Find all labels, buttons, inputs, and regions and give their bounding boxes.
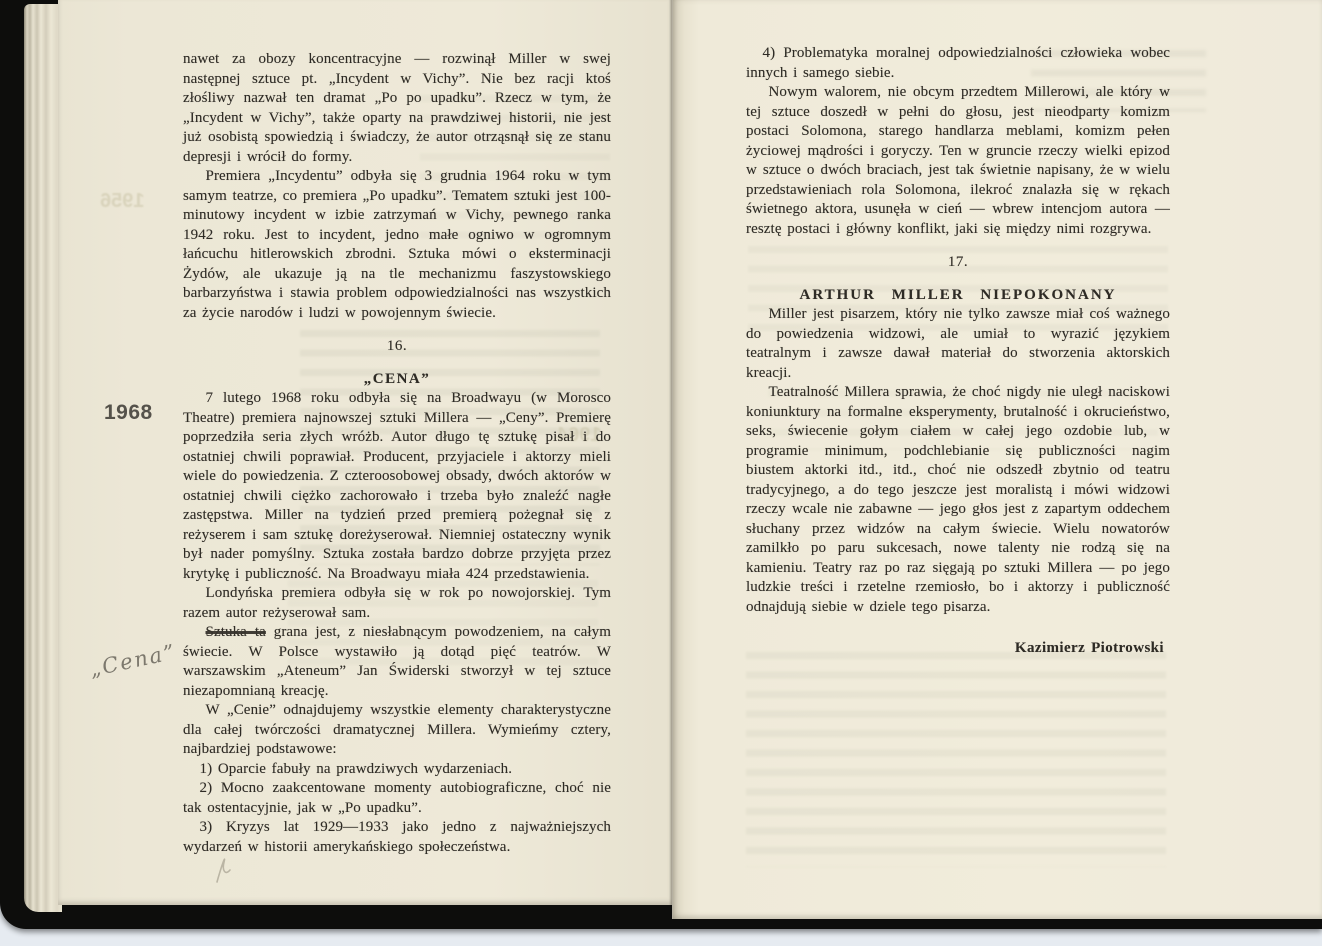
paragraph: nawet za obozy koncentracyjne — rozwinął… [183, 50, 611, 167]
left-page-text-column: nawet za obozy koncentracyjne — rozwinął… [183, 50, 611, 857]
left-page: 1956 1964 1968 „Cena” nawet za obozy kon… [58, 0, 672, 905]
paragraph: W „Cenie” odnajdujemy wszystkie elementy… [183, 701, 611, 760]
paragraph: Nowym walorem, nie obcym przedtem Miller… [746, 83, 1170, 239]
paragraph: 7 lutego 1968 roku odbyła się na Broadwa… [183, 389, 611, 584]
author-signature: Kazimierz Piotrowski [746, 639, 1170, 659]
struck-text: Sztuka ta [206, 624, 266, 640]
section-title: ARTHUR MILLER NIEPOKONANY [746, 286, 1170, 306]
list-item: 4) Problematyka moralnej odpowiedzialnoś… [746, 44, 1170, 83]
right-page-text-column: 4) Problematyka moralnej odpowiedzialnoś… [746, 44, 1170, 659]
paragraph: Teatralność Millera sprawia, że choć nig… [746, 383, 1170, 617]
paragraph: Miller jest pisarzem, który nie tylko za… [746, 305, 1170, 383]
list-item: 1) Oparcie fabuły na prawdziwych wydarze… [183, 760, 611, 780]
show-through-year: 1956 [100, 190, 145, 213]
section-number: 17. [746, 253, 1170, 273]
paragraph: Londyńska premiera odbyła się w rok po n… [183, 584, 611, 623]
paragraph: Premiera „Incydentu” odbyła się 3 grudni… [183, 167, 611, 323]
book-scan-stage: 1956 1964 1968 „Cena” nawet za obozy kon… [0, 0, 1322, 946]
paragraph-with-correction: Sztuka ta grana jest, z niesłabnącym pow… [183, 623, 611, 701]
page-edge-stack [24, 4, 62, 912]
margin-year-label: 1968 [104, 401, 153, 425]
section-title: „CENA” [183, 370, 611, 390]
list-item: 3) Kryzys lat 1929—1933 jako jedno z naj… [183, 818, 611, 857]
section-number: 16. [183, 337, 611, 357]
show-through-ghost [746, 652, 1166, 867]
right-page: 4) Problematyka moralnej odpowiedzialnoś… [672, 0, 1322, 919]
list-item: 2) Mocno zaakcentowane momenty autobiogr… [183, 779, 611, 818]
